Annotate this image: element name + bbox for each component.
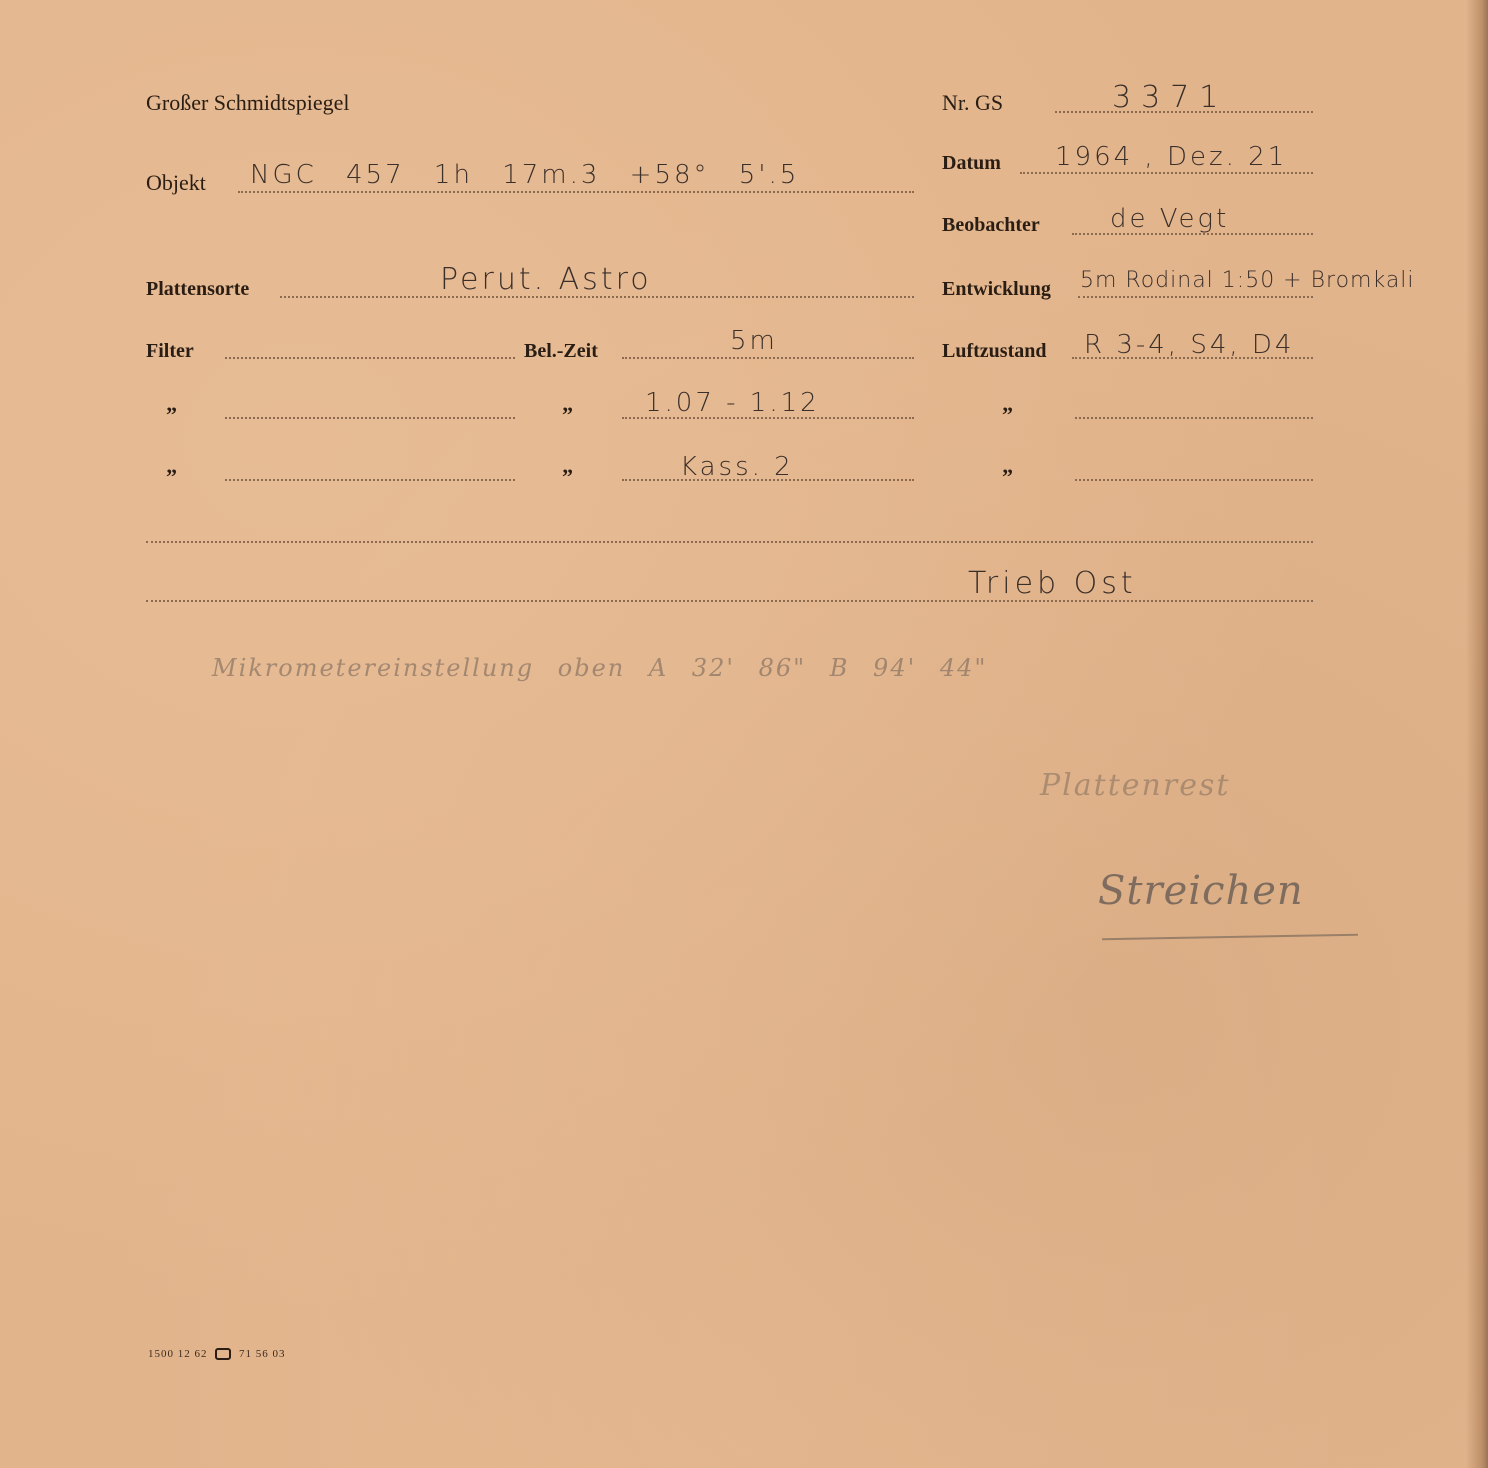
printer-mark-icon bbox=[215, 1348, 231, 1360]
ditto-mark: ” bbox=[1002, 464, 1013, 490]
luftzustand-value: R 3-4, S4, D4 bbox=[1084, 330, 1294, 360]
print-code-right: 71 56 03 bbox=[239, 1348, 286, 1360]
paper-edge bbox=[1466, 0, 1488, 1468]
luftzustand-label: Luftzustand bbox=[942, 340, 1046, 363]
ditto-mark: ” bbox=[166, 464, 177, 490]
filter-label: Filter bbox=[146, 340, 194, 363]
ditto-belzeit-value: 1.07 - 1.12 bbox=[645, 388, 820, 418]
belzeit-line bbox=[622, 357, 914, 359]
plattensorte-value: Perut. Astro bbox=[440, 262, 652, 297]
datum-line bbox=[1020, 172, 1313, 174]
entwicklung-line bbox=[1078, 296, 1313, 298]
datum-label: Datum bbox=[942, 152, 1001, 175]
ditto-mark: ” bbox=[562, 402, 573, 428]
ditto-luft-line bbox=[1075, 479, 1313, 481]
remark-line-2 bbox=[146, 600, 1313, 602]
objekt-line bbox=[238, 191, 914, 193]
nr-label: Nr. GS bbox=[942, 90, 1003, 116]
ditto-mark: ” bbox=[166, 402, 177, 428]
beobachter-label: Beobachter bbox=[942, 214, 1040, 237]
filter-line bbox=[225, 357, 515, 359]
print-code: 1500 12 62 71 56 03 bbox=[148, 1348, 286, 1360]
ditto-filter-line bbox=[225, 417, 515, 419]
print-code-left: 1500 12 62 bbox=[148, 1348, 208, 1360]
plattensorte-label: Plattensorte bbox=[146, 278, 249, 301]
ditto-belzeit-value: Kass. 2 bbox=[680, 452, 794, 482]
entwicklung-value: 5m Rodinal 1:50 + Bromkali bbox=[1080, 268, 1415, 293]
beobachter-value: de Vegt bbox=[1110, 204, 1229, 234]
belzeit-label: Bel.-Zeit bbox=[524, 340, 598, 363]
ditto-mark: ” bbox=[1002, 402, 1013, 428]
nr-value: 3371 bbox=[1112, 80, 1228, 115]
belzeit-value: 5m bbox=[730, 326, 778, 356]
ditto-filter-line bbox=[225, 479, 515, 481]
pencil-micrometer-note: Mikrometereinstellung oben A 32' 86" B 9… bbox=[212, 654, 987, 682]
remark-value-2: Trieb Ost bbox=[968, 566, 1137, 601]
form-title: Großer Schmidtspiegel bbox=[146, 90, 349, 116]
ditto-luft-line bbox=[1075, 417, 1313, 419]
remark-line-1 bbox=[146, 541, 1313, 543]
pencil-streichen-note: Streichen bbox=[1098, 868, 1304, 914]
datum-value: 1964 , Dez. 21 bbox=[1055, 142, 1287, 172]
pencil-plattenrest-note: Plattenrest bbox=[1040, 768, 1230, 803]
ditto-mark: ” bbox=[562, 464, 573, 490]
objekt-label: Objekt bbox=[146, 170, 206, 196]
objekt-value: NGC 457 1h 17m.3 +58° 5'.5 bbox=[250, 160, 799, 190]
entwicklung-label: Entwicklung bbox=[942, 278, 1051, 301]
streichen-underline bbox=[1102, 934, 1358, 940]
